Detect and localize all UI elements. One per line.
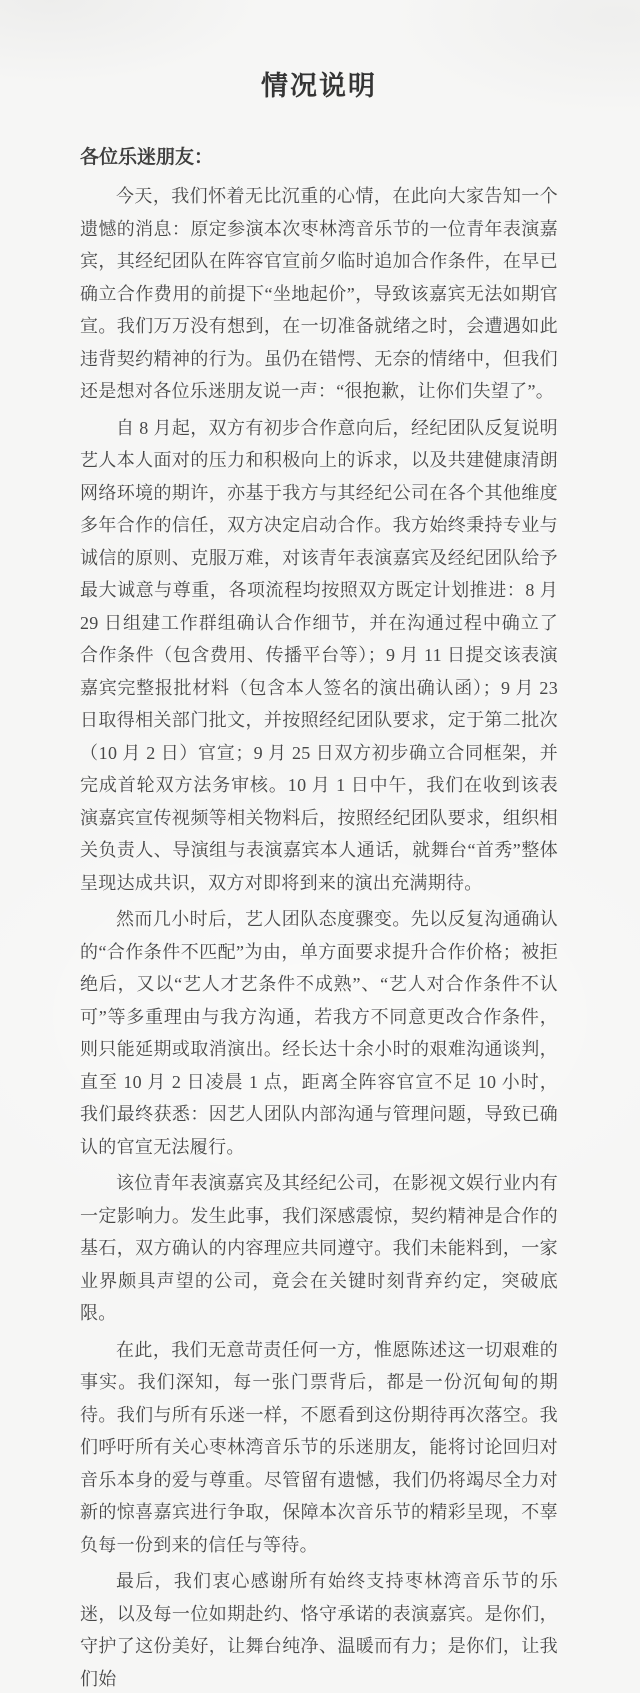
document-title: 情况说明 — [80, 0, 558, 106]
statement-paragraph: 自 8 月起，双方有初步合作意向后，经纪团队反复说明艺人本人面对的压力和积极向上… — [80, 412, 558, 900]
statement-paragraph: 今天，我们怀着无比沉重的心情，在此向大家告知一个遗憾的消息：原定参演本次枣林湾音… — [80, 180, 558, 408]
statement-paragraph: 然而几小时后，艺人团队态度骤变。先以反复沟通确认的“合作条件不匹配”为由，单方面… — [80, 903, 558, 1163]
statement-paragraph: 在此，我们无意苛责任何一方，惟愿陈述这一切艰难的事实。我们深知，每一张门票背后，… — [80, 1334, 558, 1562]
salutation: 各位乐迷朋友： — [80, 146, 558, 170]
statement-paragraph: 该位青年表演嘉宾及其经纪公司，在影视文娱行业内有一定影响力。发生此事，我们深感震… — [80, 1167, 558, 1330]
statement-body: 今天，我们怀着无比沉重的心情，在此向大家告知一个遗憾的消息：原定参演本次枣林湾音… — [80, 180, 558, 1693]
statement-page: 情况说明 各位乐迷朋友： 今天，我们怀着无比沉重的心情，在此向大家告知一个遗憾的… — [0, 0, 640, 1693]
statement-paragraph: 最后，我们衷心感谢所有始终支持枣林湾音乐节的乐迷，以及每一位如期赴约、恪守承诺的… — [80, 1565, 558, 1693]
